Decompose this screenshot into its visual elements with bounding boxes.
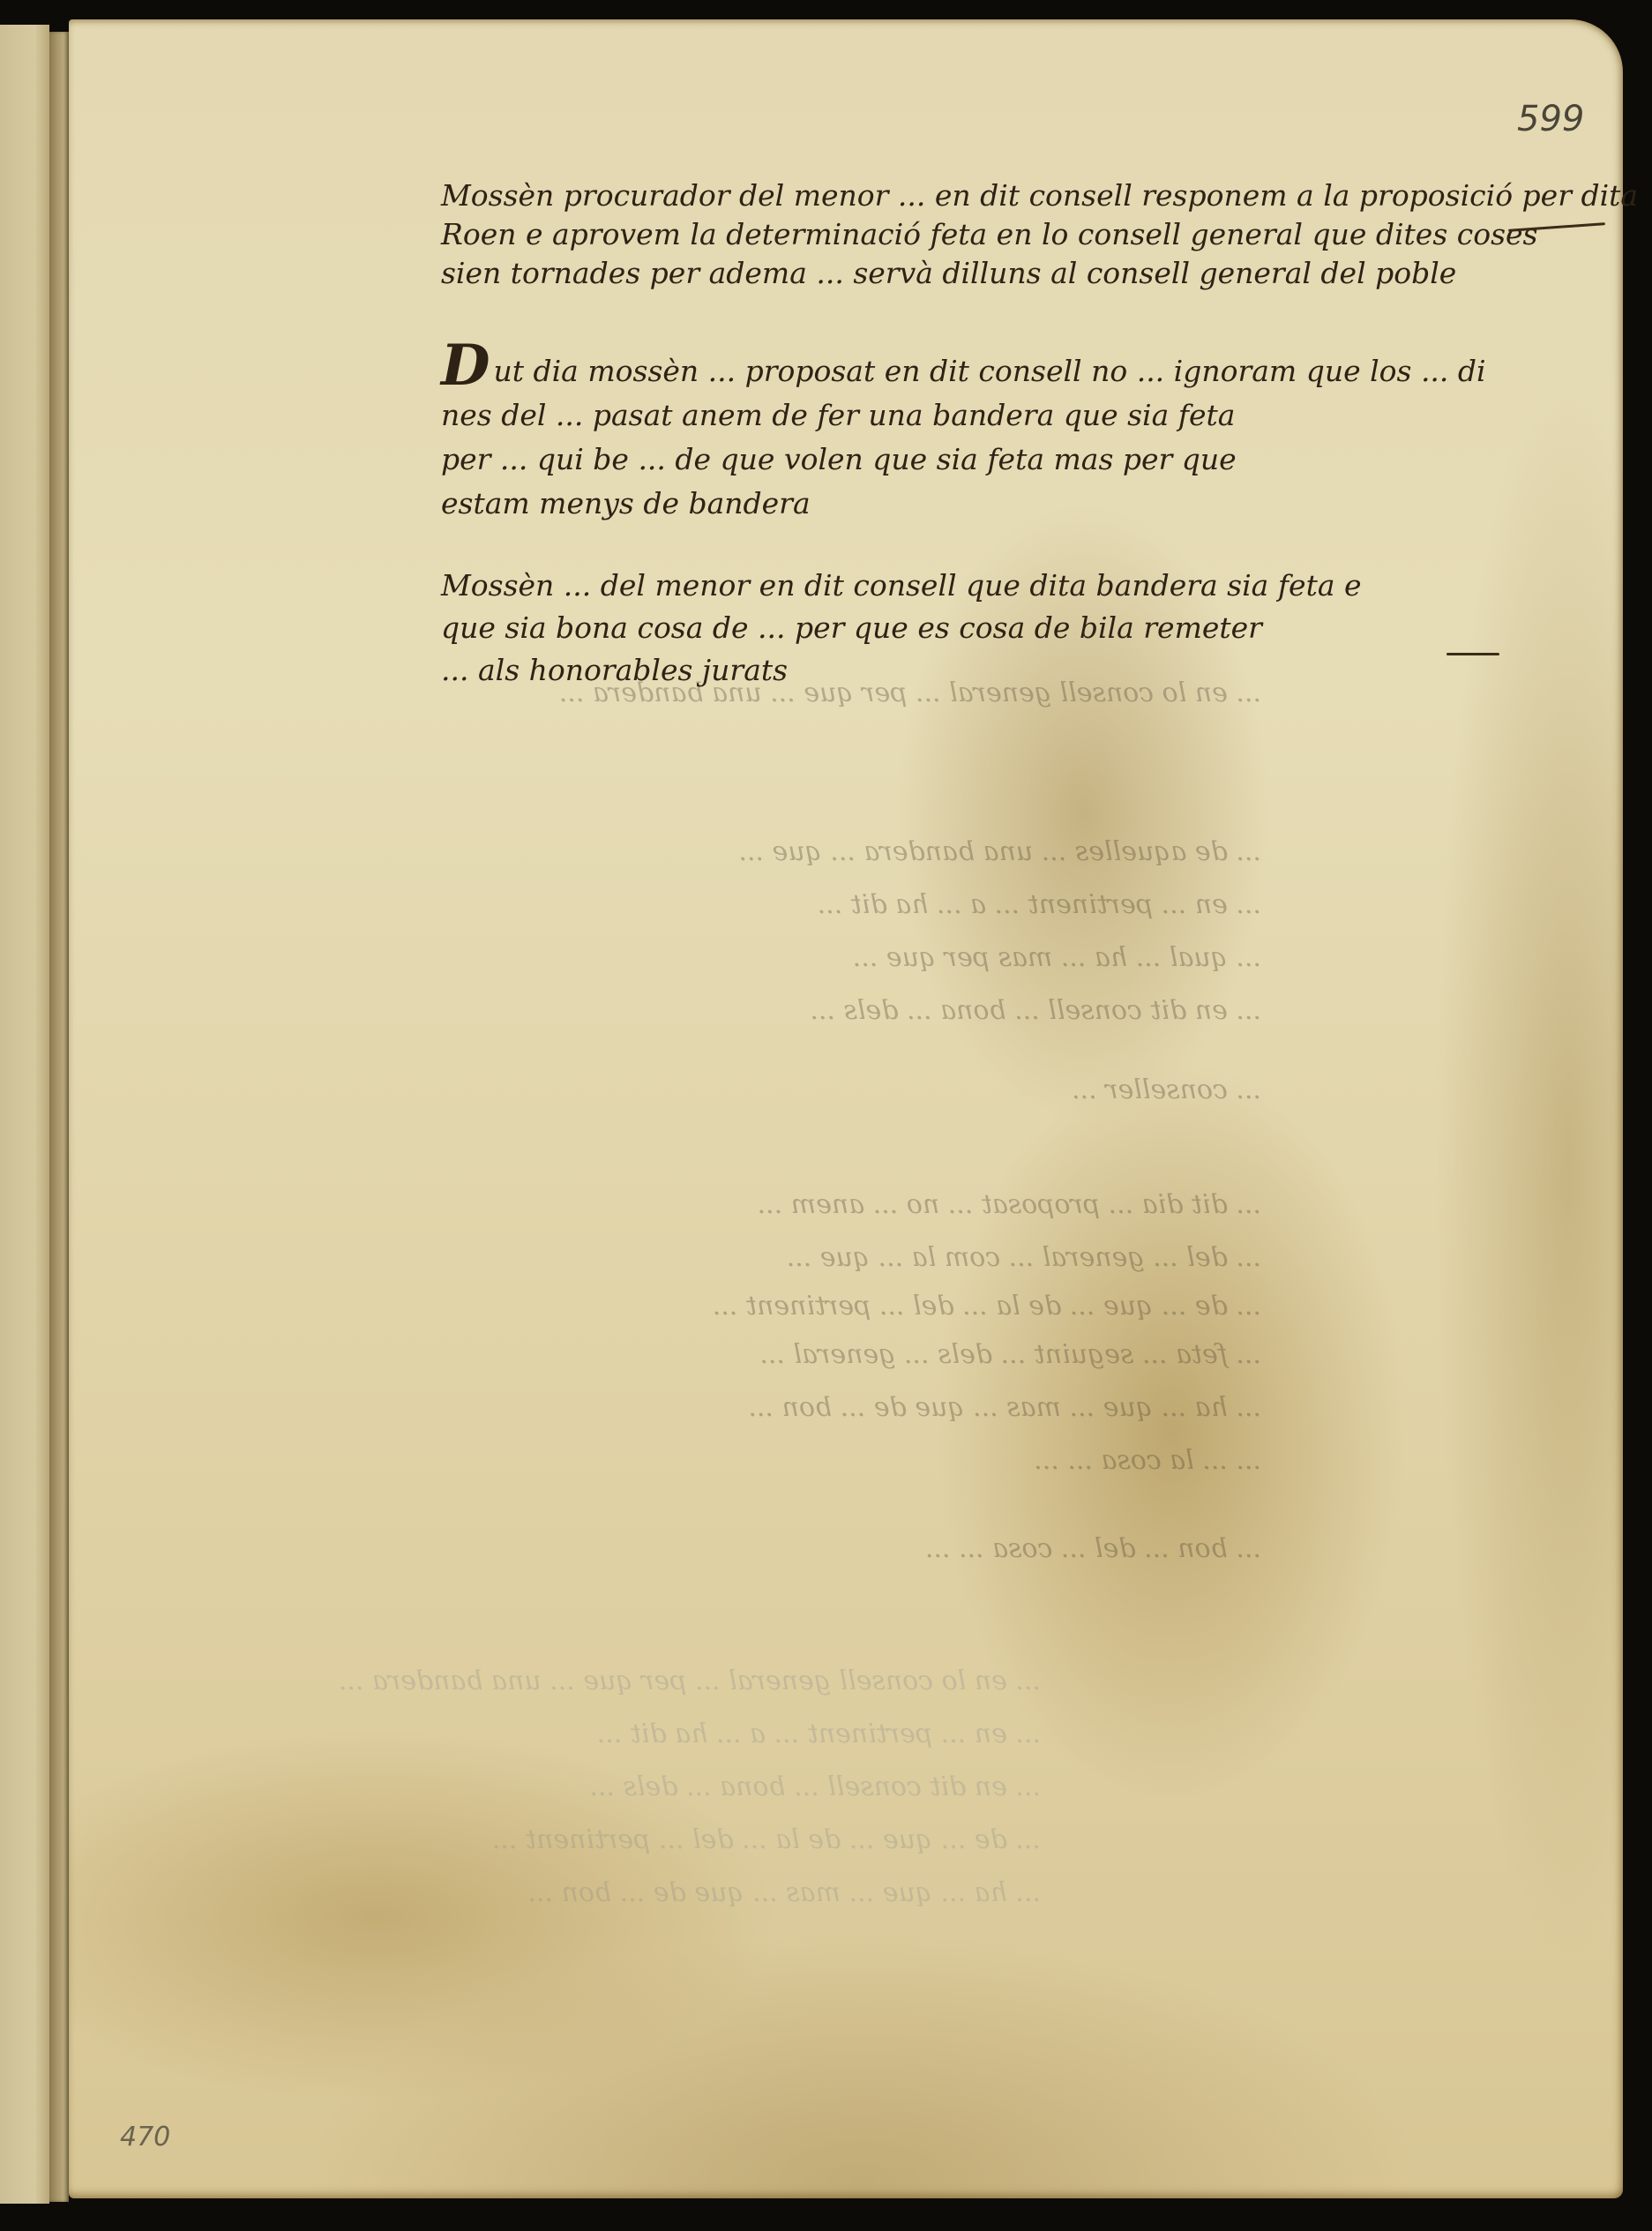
entry-line: estam menys de bandera <box>441 482 1486 526</box>
bleed-line: ... en dit consell ... bona ... dels ... <box>221 988 1261 1034</box>
bleed-line: ... en lo consell general ... per que ..… <box>423 1658 1041 1704</box>
entry-line: Mossèn procurador del menor ... en dit c… <box>441 176 1638 215</box>
bleed-line: ... ha ... que ... mas ... que de ... bo… <box>423 1870 1041 1916</box>
bleed-line: ... bon ... del ... cosa ... ... <box>221 1526 1261 1572</box>
bleed-line: ... conseller ... <box>221 1067 1261 1113</box>
folio-number-bottom: 470 <box>120 2122 170 2152</box>
entry-line: ... als honorables jurats <box>441 649 1362 692</box>
decorated-initial: D <box>441 333 490 399</box>
bleed-line: ... dit dia ... proposat ... no ... anem… <box>221 1182 1261 1228</box>
bleed-line: ... de ... que ... de la ... del ... per… <box>423 1817 1041 1863</box>
entry-line: Dut dia mossèn ... proposat en dit conse… <box>441 348 1486 393</box>
bleed-line: ... ... la cosa ... ... <box>221 1438 1261 1484</box>
folio-number-top: 599 <box>1517 99 1584 139</box>
bleed-line: ... en dit consell ... bona ... dels ... <box>423 1764 1041 1810</box>
bleed-line: ... ha ... que ... mas ... que de ... bo… <box>221 1385 1261 1431</box>
bleed-line: ... en ... pertinent ... a ... ha dit ..… <box>423 1711 1041 1757</box>
minute-entry-1: Mossèn procurador del menor ... en dit c… <box>441 176 1638 293</box>
bleed-line: ... feta ... seguint ... dels ... genera… <box>221 1332 1261 1378</box>
bleed-line: ... del ... general ... com la ... que .… <box>221 1235 1261 1281</box>
bleed-line: ... de ... que ... de la ... del ... per… <box>221 1284 1261 1329</box>
entry-line-text: ut dia mossèn ... proposat en dit consel… <box>494 354 1486 388</box>
bleed-line: ... qual ... ha ... mas per que ... <box>221 935 1261 981</box>
facing-page-edge <box>0 25 49 2204</box>
entry-line: sien tornades per adema ... servà dillun… <box>441 254 1638 293</box>
minute-entry-2: Dut dia mossèn ... proposat en dit conse… <box>441 348 1486 526</box>
minute-entry-3: Mossèn ... del menor en dit consell que … <box>441 565 1362 692</box>
line-end-flourish <box>1446 653 1499 655</box>
binding-gutter <box>49 32 69 2202</box>
bleed-line: ... de aquelles ... una bandera ... que … <box>221 829 1261 875</box>
entry-line: nes del ... pasat anem de fer una bander… <box>441 393 1486 438</box>
entry-line: per ... qui be ... de que volen que sia … <box>441 438 1486 482</box>
bleed-line: ... en ... pertinent ... a ... ha dit ..… <box>221 882 1261 928</box>
entry-line: Roen e aprovem la determinació feta en l… <box>441 215 1638 254</box>
entry-line: que sia bona cosa de ... per que es cosa… <box>441 607 1362 649</box>
entry-line: Mossèn ... del menor en dit consell que … <box>441 565 1362 607</box>
